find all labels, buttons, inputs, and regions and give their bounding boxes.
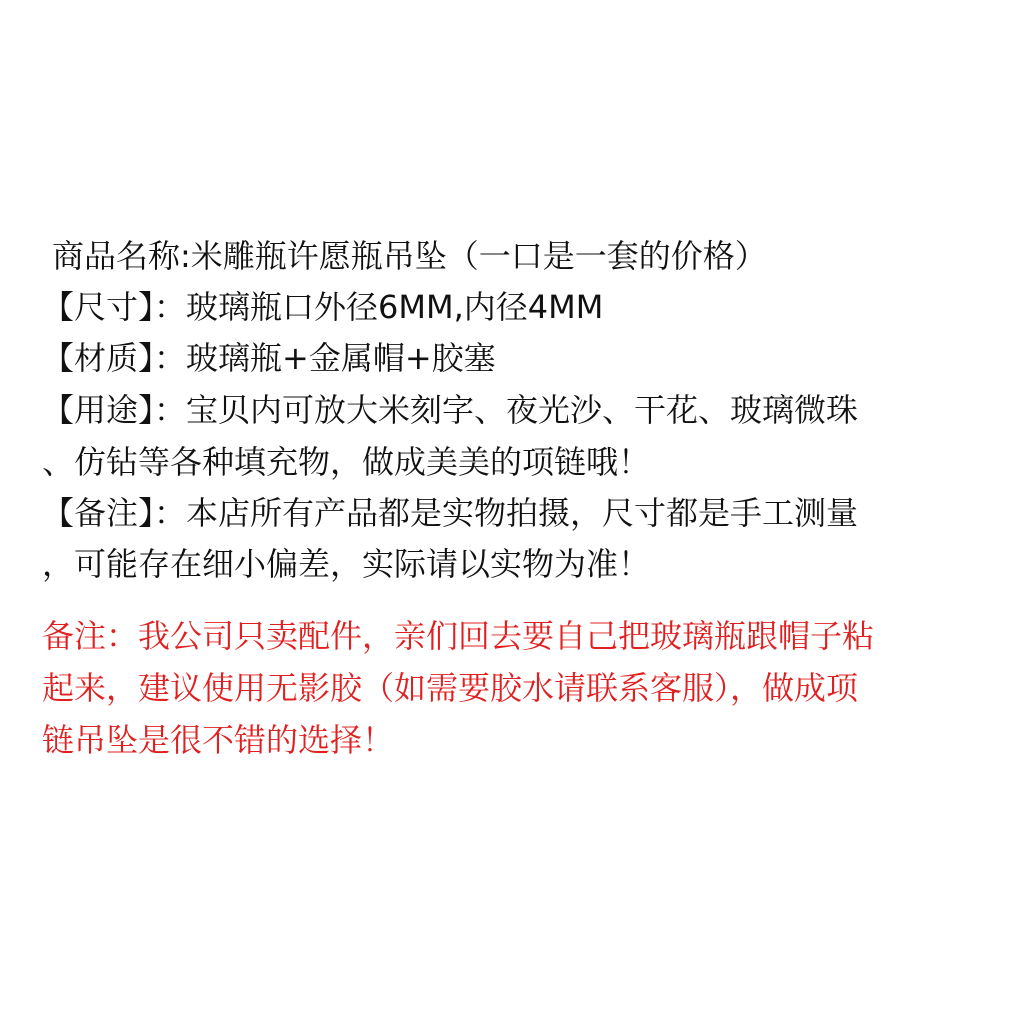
note-line-3: 链吊坠是很不错的选择！ bbox=[42, 720, 394, 760]
size-line: 【尺寸】：玻璃瓶口外径6MM,内径4MM bbox=[42, 287, 603, 327]
product-name-line: 商品名称:米雕瓶许愿瓶吊坠（一口是一套的价格） bbox=[52, 236, 767, 276]
usage-line-2: 、仿钻等各种填充物，做成美美的项链哦！ bbox=[42, 442, 650, 482]
note-line-2: 起来，建议使用无影胶（如需要胶水请联系客服），做成项 bbox=[42, 668, 858, 708]
remark-line-2: ，可能存在细小偏差，实际请以实物为准！ bbox=[42, 544, 650, 584]
note-line-1: 备注：我公司只卖配件，亲们回去要自己把玻璃瓶跟帽子粘 bbox=[42, 616, 874, 656]
remark-line-1: 【备注】：本店所有产品都是实物拍摄，尺寸都是手工测量 bbox=[42, 493, 858, 533]
usage-line-1: 【用途】：宝贝内可放大米刻字、夜光沙、干花、玻璃微珠 bbox=[42, 390, 858, 430]
material-line: 【材质】：玻璃瓶+金属帽+胶塞 bbox=[42, 338, 496, 378]
